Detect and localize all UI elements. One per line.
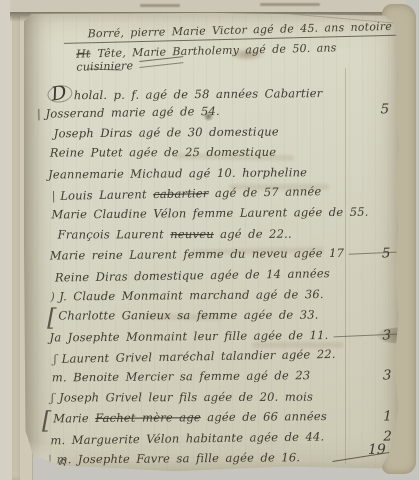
entry-text: Joseph Grivel leur fils agée de 20. mois	[59, 390, 313, 405]
register-line: |m. Josephte Favre sa fille agée de 16.	[36, 449, 400, 473]
register-line: Marie Claudine Vélon femme Laurent agée …	[33, 205, 397, 229]
household-bracket: [	[45, 313, 58, 323]
entry-text: Josserand marie agé de 54.	[45, 104, 220, 121]
struck-word: Ht	[76, 47, 91, 60]
entry-text: Marie reine Laurent femme du neveu agée …	[50, 246, 401, 263]
household-bracket: [	[40, 416, 53, 426]
margin-tick: )	[46, 289, 59, 303]
decorated-initial: D	[46, 84, 74, 105]
register-line: Joseph Diras agé de 30 domestique	[33, 123, 397, 147]
entry-text: m. Benoite Mercier sa femme agé de 23	[52, 369, 311, 385]
entry-text: J. Claude Monmaint marchand agé de 36.	[59, 287, 324, 303]
entry-text: Charlotte Ganieux sa femme agée de 33.	[58, 308, 318, 323]
register-line: )J. Claude Monmaint marchand agé de 36.	[34, 286, 398, 310]
faint-mark	[140, 4, 180, 7]
entry-text: Jeannemarie Michaud agé 10. horpheline	[48, 165, 307, 181]
margin-tick: |	[32, 107, 45, 121]
margin-tick: ʃ	[46, 390, 59, 404]
entry-text: Reine Putet agée de 25 domestique	[50, 145, 276, 160]
total-count: 19	[368, 442, 386, 458]
register-line: [Charlotte Ganieux sa femme agée de 33.	[34, 308, 398, 330]
margin-tick: |	[47, 189, 60, 203]
entry-text: m. Josephte Favre sa fille agée de 16.	[57, 450, 301, 466]
entry-text: m. Marguerite Vélon habitante agée de 44…	[50, 429, 324, 447]
entry-text: François Laurent neuveu agé de 22..	[58, 226, 292, 241]
register-line: m. Benoite Mercier sa femme agé de 233	[35, 368, 399, 392]
register-line: ʃJoseph Grivel leur fils agée de 20. moi…	[35, 389, 399, 411]
manuscript-photo: Borré, pierre Marie Victor agé de 45. an…	[0, 0, 419, 480]
entry-text: Joseph Diras agé de 30 domestique	[54, 124, 279, 140]
manuscript-page: Borré, pierre Marie Victor agé de 45. an…	[24, 12, 400, 472]
entry-text: Ja Josephte Monmaint leur fille agée de …	[49, 327, 411, 344]
entry-text: Marie Claudine Vélon femme Laurent agée …	[51, 205, 368, 222]
faint-mark	[260, 3, 320, 6]
entry-text: Dholal. p. f. agé de 58 années Cabartier	[47, 86, 322, 102]
register-entries: Dholal. p. f. agé de 58 années Cabartier…	[32, 82, 399, 473]
margin-tick: ʃ	[49, 352, 62, 366]
register-line: Reine Putet agée de 25 domestique	[33, 145, 397, 167]
header-block: Borré, pierre Marie Victor agé de 45. an…	[63, 20, 384, 74]
entry-text: Marie Fachet mère age agée de 66 années	[53, 409, 327, 425]
register-line: François Laurent neuveu agé de 22..	[34, 226, 398, 248]
